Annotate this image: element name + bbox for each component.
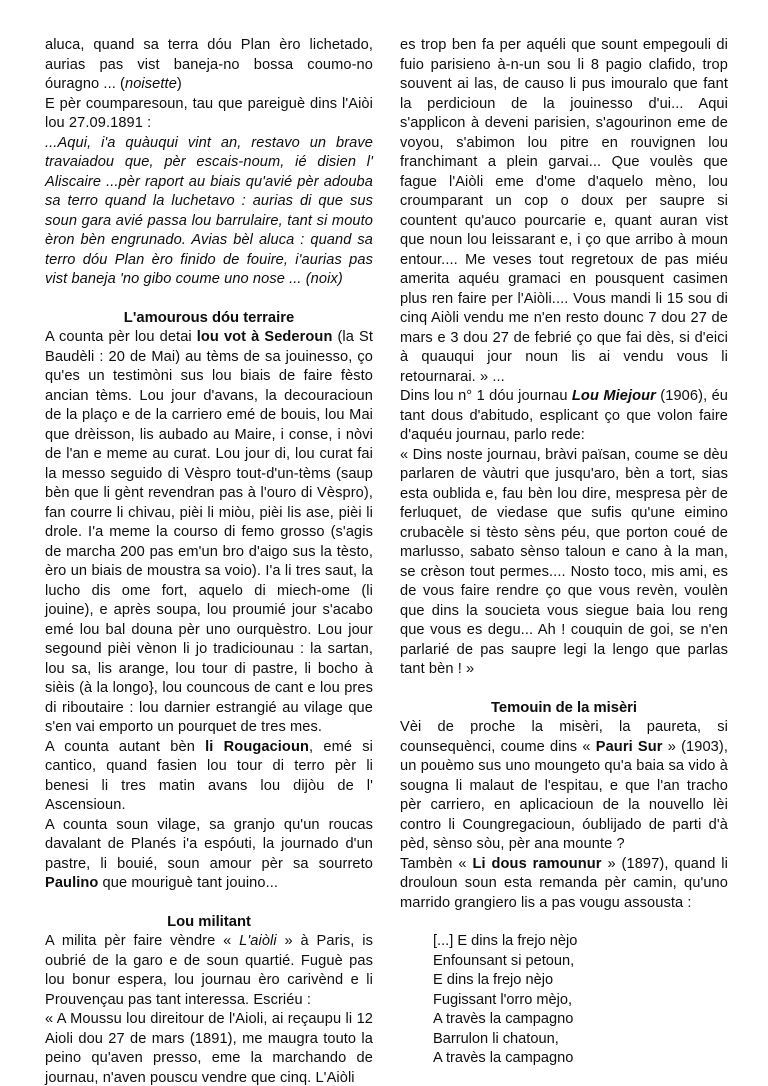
poem-line: [...] E dins la frejo nèjo — [433, 932, 728, 952]
text-segment: A counta pèr lou detai — [45, 329, 197, 345]
paragraph: Tambèn « Li dous ramounur » (1897), quan… — [400, 855, 728, 914]
document-page: aluca, quand sa terra dóu Plan èro liche… — [0, 0, 768, 1086]
text-segment: (la St Baudèli : 20 de Mai) au tèms de s… — [45, 329, 373, 735]
poem-line: A travès la campagno — [433, 1010, 728, 1030]
paragraph: A counta autant bèn li Rougacioun, emé s… — [45, 738, 373, 816]
text-segment: lou vot à Sederoun — [197, 329, 333, 345]
paragraph: « A Moussu lou direitour de l'Aioli, ai … — [45, 1010, 373, 1086]
paragraph: ...Aqui, i'a quàuqui vint an, restavo un… — [45, 134, 373, 290]
text-segment: Dins lou n° 1 dóu journau — [400, 388, 572, 404]
text-segment: Lou Miejour — [572, 388, 656, 404]
section-heading: Temouin de la misèri — [400, 699, 728, 719]
two-column-layout: aluca, quand sa terra dóu Plan èro liche… — [45, 36, 728, 1086]
paragraph: A milita pèr faire vèndre « L'aiòli » à … — [45, 932, 373, 1010]
paragraph: A counta soun vilage, sa granjo qu'un ro… — [45, 816, 373, 894]
paragraph: A counta pèr lou detai lou vot à Sederou… — [45, 328, 373, 738]
text-segment: noisette — [125, 76, 177, 92]
poem-line: A travès la campagno — [433, 1049, 728, 1069]
paragraph: « Dins noste journau, bràvi païsan, coum… — [400, 446, 728, 680]
text-segment: es trop ben fa per aquéli que sount empe… — [400, 37, 728, 385]
text-segment: L'aiòli — [239, 933, 277, 949]
paragraph: Vèi de proche la misèri, la paureta, si … — [400, 718, 728, 855]
text-segment: Pauri Sur — [596, 739, 663, 755]
text-segment: ) — [177, 76, 182, 92]
text-segment: Tambèn « — [400, 856, 472, 872]
text-segment: » (1903), un pouèmo sus uno moungeto qu'… — [400, 739, 728, 853]
section-heading: L'amourous dóu terraire — [45, 309, 373, 329]
paragraph: E pèr coumparesoun, tau que pareiguè din… — [45, 95, 373, 134]
poem-stanza: [...] E dins la frejo nèjoEnfounsant si … — [400, 932, 728, 1069]
text-segment: A counta soun vilage, sa granjo qu'un ro… — [45, 817, 373, 872]
text-segment: « A Moussu lou direitour de l'Aioli, ai … — [45, 1011, 373, 1086]
text-segment: A milita pèr faire vèndre « — [45, 933, 239, 949]
poem-line: Enfounsant si petoun, — [433, 952, 728, 972]
paragraph: Dins lou n° 1 dóu journau Lou Miejour (1… — [400, 387, 728, 446]
section-heading: Lou militant — [45, 913, 373, 933]
text-segment: li Rougacioun — [205, 739, 309, 755]
paragraph: aluca, quand sa terra dóu Plan èro liche… — [45, 36, 373, 95]
text-segment: que mouriguè tant jouino... — [98, 875, 278, 891]
text-segment: E pèr coumparesoun, tau que pareiguè din… — [45, 96, 373, 132]
text-segment: Paulino — [45, 875, 98, 891]
paragraph: es trop ben fa per aquéli que sount empe… — [400, 36, 728, 387]
poem-line: Barrulon li chatoun, — [433, 1030, 728, 1050]
text-segment: Li dous ramounur — [472, 856, 601, 872]
poem-line: E dins la frejo nèjo — [433, 971, 728, 991]
text-segment: A counta autant bèn — [45, 739, 205, 755]
poem-line: Fugissant l'orro mèjo, — [433, 991, 728, 1011]
column-left: aluca, quand sa terra dóu Plan èro liche… — [45, 36, 373, 1086]
text-segment: « Dins noste journau, bràvi païsan, coum… — [400, 447, 728, 678]
text-segment: aluca, quand sa terra dóu Plan èro liche… — [45, 37, 373, 92]
text-segment: ...Aqui, i'a quàuqui vint an, restavo un… — [45, 135, 373, 288]
column-right: es trop ben fa per aquéli que sount empe… — [400, 36, 728, 1086]
